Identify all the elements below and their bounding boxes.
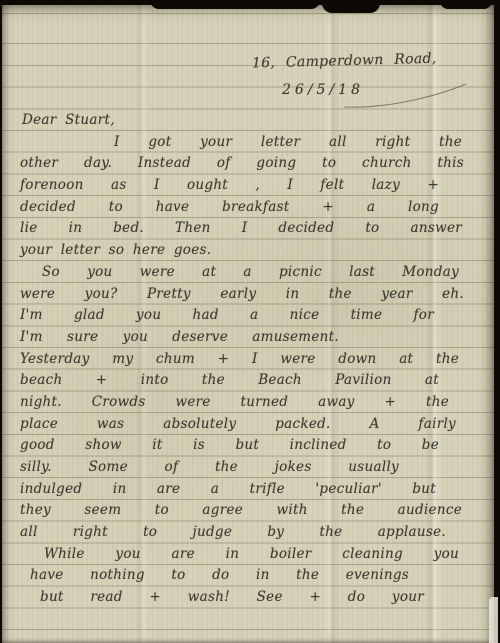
letter-line: have nothing to do in the evenings xyxy=(2,567,494,589)
letter-line: place was absolutely packed. A fairly xyxy=(2,416,494,438)
letter-address: 16, Camperdown Road, xyxy=(252,51,442,72)
letter-line: forenoon as I ought , I felt lazy + xyxy=(2,177,494,199)
letter-scan: 16, Camperdown Road, 26/5/18 Dear Stuart… xyxy=(0,0,500,643)
scan-corner-sliver xyxy=(489,597,498,643)
letter-line: Dear Stuart, xyxy=(2,112,494,134)
letter-line: good show it is but inclined to be xyxy=(2,437,494,459)
scan-top-edge xyxy=(322,0,380,13)
letter-paper: 16, Camperdown Road, 26/5/18 Dear Stuart… xyxy=(2,5,494,643)
letter-body: Dear Stuart,I got your letter all right … xyxy=(2,112,494,611)
letter-line: I'm glad you had a nice time for xyxy=(2,307,494,329)
scan-top-edge xyxy=(150,0,320,9)
letter-line: lie in bed. Then I decided to answer xyxy=(2,220,494,242)
letter-line: night. Crowds were turned away + the xyxy=(2,394,494,416)
letter-line: beach + into the Beach Pavilion at xyxy=(2,372,494,394)
letter-line: I got your letter all right the xyxy=(2,134,494,156)
date-underline-stroke xyxy=(340,81,470,111)
letter-line: were you? Pretty early in the year eh. xyxy=(2,286,494,308)
letter-line: silly. Some of the jokes usually xyxy=(2,459,494,481)
letter-line: So you were at a picnic last Monday xyxy=(2,264,494,286)
letter-line: they seem to agree with the audience xyxy=(2,502,494,524)
letter-line: Yesterday my chum + I were down at the xyxy=(2,351,494,373)
letter-line: I'm sure you deserve amusement. xyxy=(2,329,494,351)
letter-line: While you are in boiler cleaning you xyxy=(2,546,494,568)
letter-line: all right to judge by the applause. xyxy=(2,524,494,546)
letter-line: indulged in are a trifle 'peculiar' but xyxy=(2,481,494,503)
scan-top-edge xyxy=(440,0,492,9)
letter-line: but read + wash! See + do your xyxy=(2,589,494,611)
letter-line: other day. Instead of going to church th… xyxy=(2,155,494,177)
letter-line: decided to have breakfast + a long xyxy=(2,199,494,221)
letter-line: your letter so here goes. xyxy=(2,242,494,264)
